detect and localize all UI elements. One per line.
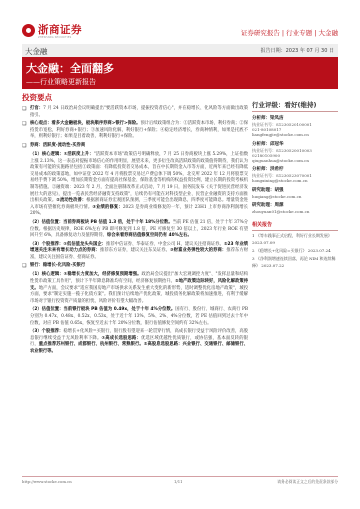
bullet-lead: 银行：稳增长-化风险-买银行 [30,263,85,268]
para-text: 地产方面，会议要求"适应我国房地产市场供求关系发生重大变化的新形势，适时调整优化… [30,286,248,304]
footer-url-link[interactable]: http://www.stocke.com.cn [22,479,72,484]
analyst-card: 分析师：梁凤洁 执业证书号：S1230520100001 021-8010801… [252,116,338,138]
sidebar: 行业评级：看好(维持) 分析师：梁凤洁 执业证书号：S1230520100001… [252,100,338,269]
bank-paragraph: （2）估值位置：当前银行板块 PB 估值为 0.49x，处于十年 4%分位数。国… [30,307,248,327]
main-content: 投资要点 ❑ 打官：7 月 24 日政治局会议明确提出"要活跃资本市场，提振投资… [22,92,248,356]
related-report-link[interactable]: 2 《稳增长+化风险=买银行》 2023.07.24 [252,247,338,254]
analyst-email[interactable]: huqiang@stocke.com.cn [252,194,338,199]
para-lead: （1）核心逻辑：①活跃度上升： [30,152,94,157]
para-text: "活跃资本市场"政策信号明确释放，7 月 25 日券商板块上涨 5.29%，上证… [30,152,248,203]
analyst-card: 分析师：洪希柠 执业证书号：S1230523070001 hongxining@… [252,167,338,183]
report-subtitle: ——行业策略更新报告 [26,77,96,87]
report-type: 证券研究报告 | 行业专题 | 大金融 [241,28,338,37]
analyst-email[interactable]: liangfengjie@stocke.com.cn [252,132,338,137]
report-title: 大金融：全面翻多 [26,60,114,76]
analyst-role: 分析师： [252,142,270,147]
logo-text: 浙商证券 [38,25,82,36]
sector-label: 大金融 [25,46,48,57]
bullet-item: ❑ 银行：稳增长-化风险-买银行 [22,263,248,270]
broker-paragraph: （2）估值位置：当前券商板块 PB 估值 1.3 倍，处于十年 18%分位数。当… [30,220,248,240]
footer-divider [22,476,338,477]
checkbox-bullet-icon: ❑ [22,143,30,150]
analyst-role: 研究助理： [252,188,275,193]
industry-rating: 行业评级：看好(维持) [252,100,338,112]
section-heading: 投资要点 [22,92,248,103]
analyst-role: 研究助理： [252,203,275,208]
para-lead: ②流动性改善： [56,198,86,203]
logo-mark-icon [22,24,35,37]
related-report-link[interactable]: 1 《等车践事正式启程，利好行业长期发展》 2023.07.09 [252,232,338,246]
bullet-lead: 核心观点：看多大金融板块，板块顺序券商>银行>保险。 [30,121,140,126]
bullet-item: ❑ 核心观点：看多大金融板块，板块顺序券商>银行>保险。预计后续政策组合为：①活… [22,121,248,141]
para-lead: （1）核心逻辑：①稳增长力度加大，经济修复预期增强。 [30,272,142,277]
analyst-card: 研究助理：周源 zhouyuan01@stocke.com.cn [252,203,338,214]
para-lead: 综合来看券商估值修复空间仍有 40%左右。 [107,233,192,238]
para-text: 推荐东方证券，建议关注东吴证券。 [100,248,170,253]
analyst-name: 周源 [275,203,284,208]
sector-bar: 大金融 报告日期：2023 年 07 月 30 日 [22,44,338,57]
analyst-card: 研究助理：胡强 huqiang@stocke.com.cn [252,188,338,199]
para-lead: ③业绩的修复： [92,205,123,210]
bullet-item: ❑ 券商：活跃度-流动性-买券商 [22,143,248,150]
title-banner: 大金融：全面翻多 ——行业策略更新报告 [22,57,338,89]
para-lead: （3）个股推荐：①低估值龙头央国企： [30,242,106,247]
para-lead: ③财富业务弹性较大的券商： [170,248,226,253]
analyst-role: 分析师： [252,116,270,121]
para-lead: （2）估值位置：当前银行板块 PB 估值为 0.49x，处于十年 4%分位数。 [30,307,175,312]
para-text: 推荐中信证券、华泰证券、中金公司 H，建议关注招商证券。 [106,242,224,247]
analyst-name: 胡强 [275,188,284,193]
checkbox-bullet-icon: ❑ [22,263,30,270]
para-lead: （3）个股推荐： [30,329,63,334]
footer-disclaimer: 请务必阅读正文之后的免责条款部分 [277,479,338,485]
analyst-role: 分析师： [252,167,270,172]
page-number: 1/11 [174,479,183,484]
analyst-name: 洪希柠 [270,167,284,172]
analyst-card: 分析师：邱冠华 执业证书号：S1230520010003 02180105900… [252,142,338,164]
analyst-email[interactable]: hongxining@stocke.com.cn [252,178,338,183]
broker-paragraph: （3）个股推荐：①低估值龙头央国企：推荐中信证券、华泰证券、中金公司 H，建议关… [30,242,248,262]
bullet-lead: 打官： [30,106,43,111]
analyst-email[interactable]: qiuguanhua@stocke.com.cn [252,158,338,163]
bank-paragraph: （3）个股推荐：稳增长+化风险=买银行，银行股有望迎来一轮贯穿行情，高成长银行受… [30,329,248,355]
para-lead: 重点推荐苏州银行、成都银行、杭州银行、常熟银行。②高股息选股思路：兴业银行、交通… [30,342,248,354]
bullet-lead: 券商：活跃度-流动性-买券商 [30,143,85,148]
report-page: 浙商证券 ZHESHANG SECURITIES 证券研究报告 | 行业专题 |… [0,0,360,509]
report-header: 浙商证券 ZHESHANG SECURITIES 证券研究报告 | 行业专题 |… [22,24,338,44]
para-lead: ①高成长选股思路： [101,336,141,341]
logo-subtitle: ZHESHANG SECURITIES [38,36,71,39]
bullet-text: 7 月 24 日政治局会议明确提出"要活跃资本市场，提振投资者信心"，并在稳增长… [30,106,248,118]
related-reports-heading: 相关报告 [252,221,338,231]
broker-paragraph: （1）核心逻辑：①活跃度上升："活跃资本市场"政策信号明确释放，7 月 25 日… [30,152,248,218]
related-report-link[interactable]: 3 《净利润增速连续回落，再论 NIM 和连续稀释》 2023.07.22 [252,255,338,269]
bank-paragraph: （1）核心逻辑：①稳增长力度加大，经济修复预期增强。政治局会议提出"加大宏观调控… [30,272,248,305]
analyst-name: 梁凤洁 [270,116,284,121]
analyst-email[interactable]: zhouyuan01@stocke.com.cn [252,209,338,214]
report-date: 报告日期：2023 年 07 月 30 日 [261,47,334,54]
checkbox-bullet-icon: ❑ [22,106,30,119]
analyst-name: 邱冠华 [270,142,284,147]
para-lead: （2）估值位置：当前券商板块 PB 估值 1.3 倍，处于十年 18%分位数。 [30,220,173,225]
bullet-item: ❑ 打官：7 月 24 日政治局会议明确提出"要活跃资本市场，提振投资者信心"，… [22,106,248,119]
checkbox-bullet-icon: ❑ [22,121,30,141]
